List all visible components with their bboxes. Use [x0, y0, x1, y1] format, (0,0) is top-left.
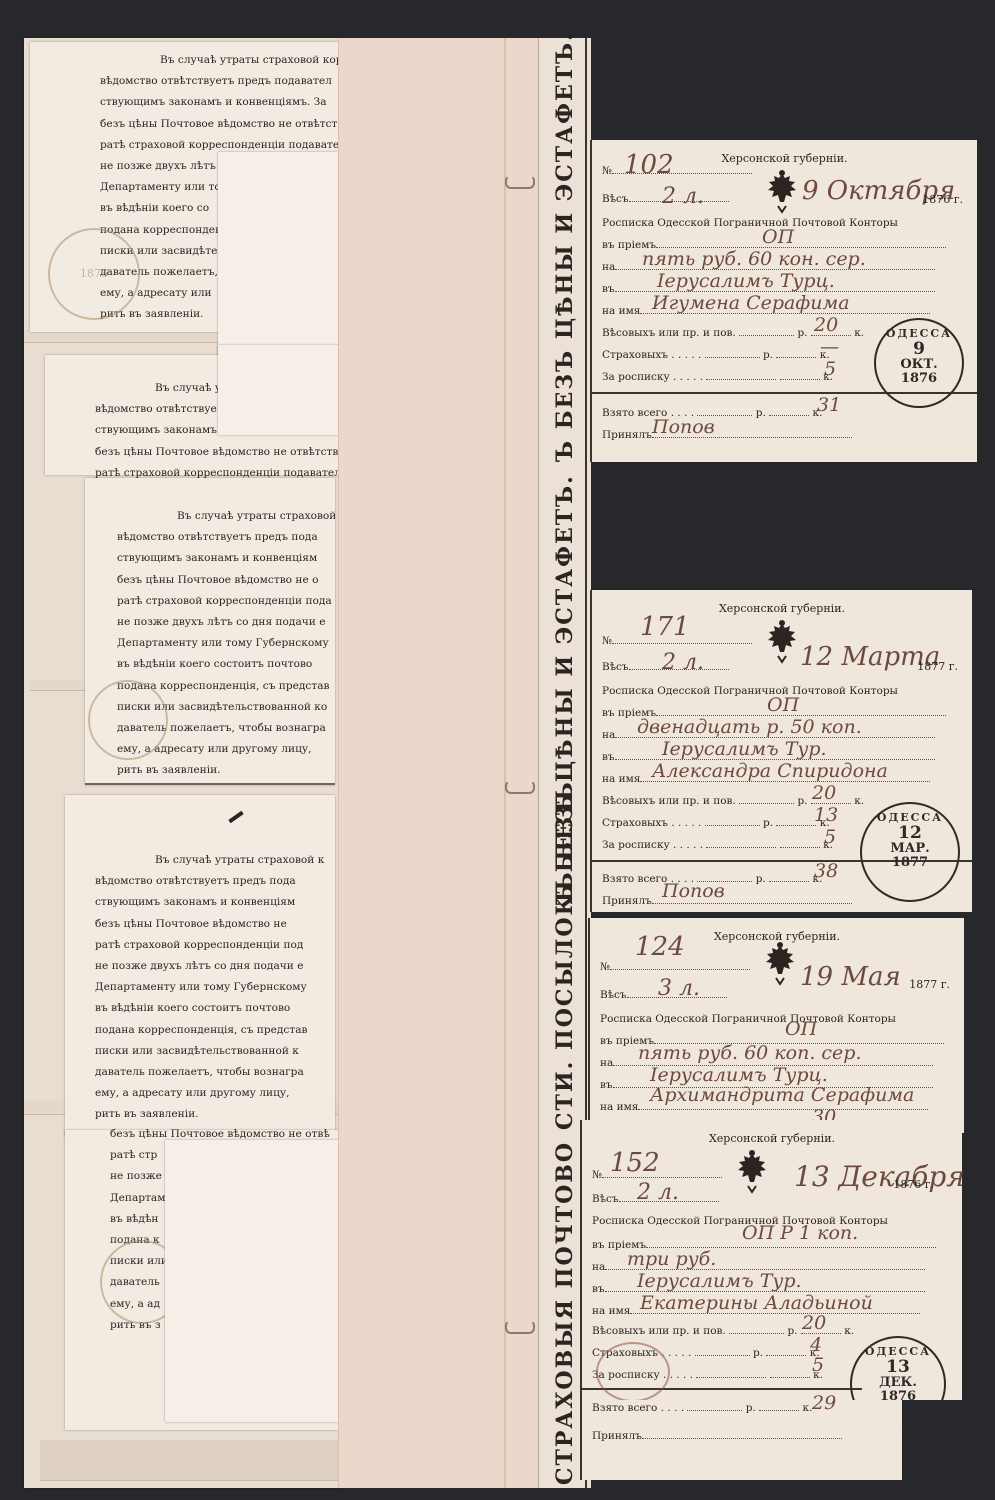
receipt-date: 19 Мая [800, 962, 901, 992]
receipt-amount-text: пять руб. 60 кон. сер. [642, 248, 866, 270]
blank-slip [218, 345, 346, 435]
receipt-amount-text: двенадцать р. 50 коп. [637, 716, 862, 738]
receipt-accepted: ОП Р 1 коп. [742, 1222, 858, 1244]
insurance-fee-value: — [820, 336, 839, 358]
faded-postmark-stamp: 1876 [48, 228, 140, 320]
receipt-number: 171 [640, 612, 690, 642]
strip-text-top: Ъ БЕЗЪ ЦѢНЫ И ЭСТАФЕТЪ. [552, 31, 578, 462]
weight-fee-value: 20 [812, 782, 836, 804]
red-ink-oval-mark [596, 1342, 670, 1402]
receipt-weight: 3 л. [658, 976, 700, 1001]
receipt-number: 124 [635, 932, 685, 962]
weight-fee-value: 20 [802, 1312, 826, 1334]
binding-stitch [505, 175, 535, 189]
receipt-addressee: Архимандрита Серафима [650, 1084, 914, 1106]
receipt-accepted: ОП [762, 226, 794, 248]
receipt-weight: 2 л. [662, 184, 704, 209]
binding-spine [338, 38, 540, 1488]
binding-stitch [505, 780, 535, 794]
receipt-destination: Іерусалимъ Тур. [662, 738, 827, 760]
total-value: 29 [812, 1392, 836, 1414]
receipt-fee-value: 5 [812, 1354, 824, 1376]
received-by-signature: Попов [652, 416, 715, 438]
insurance-fee-value: 13 [814, 804, 838, 826]
receipt-1: Херсонской губерніи. № 102 Вѣсъ 2 л. 9 О… [590, 140, 977, 462]
receipt-accepted: ОП [785, 1018, 817, 1040]
receipt-weight: 2 л. [637, 1180, 679, 1205]
spine-fold [504, 38, 506, 1488]
odessa-postmark: ОДЕССА 12 МАР. 1877 [860, 802, 960, 902]
strip-text-bottom: СТРАХОВЫЯ ПОЧТОВО [552, 1141, 578, 1485]
receipt-fee-value: 5 [824, 358, 836, 380]
receipt-weight: 2 л. [662, 650, 704, 675]
receipt-3: Херсонской губерніи. № 124 Вѣсъ 3 л. 19 … [588, 918, 964, 1133]
receipt-destination: Іерусалимъ Турц. [650, 1064, 828, 1086]
odessa-postmark: ОДЕССА 9 ОКТ. 1876 [874, 318, 964, 408]
receipt-amount-text: три руб. [627, 1248, 716, 1270]
receipt-addressee: Игумена Серафима [652, 292, 850, 314]
receipt-fee-value: 5 [824, 826, 836, 848]
receipt-destination: Іерусалимъ Турц. [657, 270, 835, 292]
receipt-amount-text: пять руб. 60 коп. сер. [638, 1042, 861, 1064]
blank-slip [165, 1140, 340, 1422]
notice-text-4: Въ случаѣ утраты страховой к вѣдомство о… [95, 850, 335, 1130]
receipt-4-bottom: Взято всего . . . . р. к. 29 Принялъ [580, 1400, 902, 1480]
receipt-addressee: Екатерины Аладьиной [640, 1292, 873, 1314]
receipt-addressee: Александра Спиридона [652, 760, 888, 782]
total-value: 38 [814, 860, 838, 882]
receipt-number: 152 [610, 1148, 660, 1178]
receipt-4: Херсонской губерніи. № 152 Вѣсъ 2 л. 13 … [580, 1120, 962, 1400]
stack-edge [40, 1440, 340, 1481]
receipt-2: Херсонской губерніи. № 171 Вѣсъ 2 л. 12 … [590, 590, 972, 912]
receipt-date: 13 Декабря [794, 1160, 965, 1193]
receipt-destination: Іерусалимъ Тур. [637, 1270, 802, 1292]
receipt-number: 102 [624, 150, 674, 180]
binding-stitch [505, 1320, 535, 1334]
received-by-signature: Попов [662, 880, 725, 902]
receipt-accepted: ОП [767, 694, 799, 716]
stack-edge [30, 680, 90, 691]
faded-postmark-stamp [88, 680, 168, 760]
weight-fee-value: 20 [814, 314, 838, 336]
total-value: 31 [817, 394, 841, 416]
insurance-fee-value: 4 [810, 1334, 822, 1356]
strip-text-lower: СТИ. ПОСЫЛОКЪ БЕЗЪ [552, 780, 578, 1130]
